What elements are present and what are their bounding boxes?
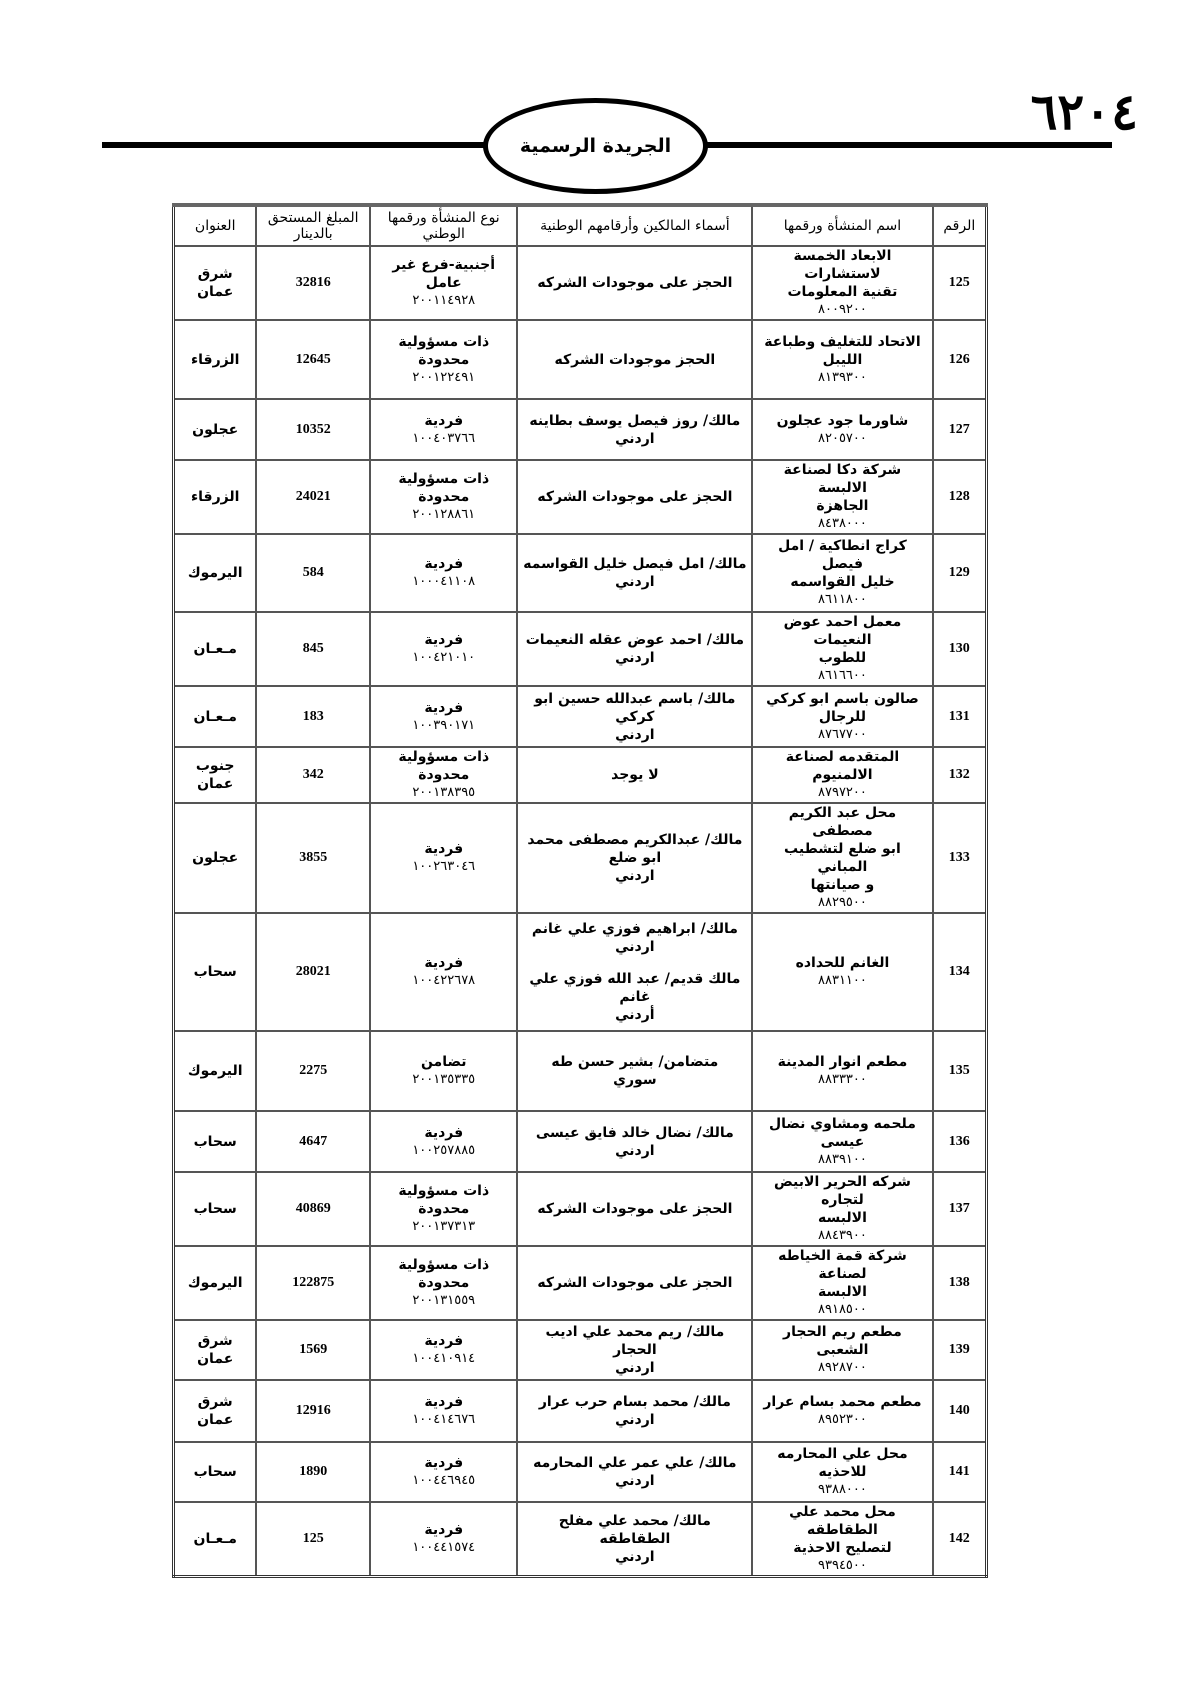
type-national-id: ١٠٠٠٤١١٠٨ (375, 573, 512, 591)
owners-cell: مالك/ باسم عبدالله حسين ابو كركياردني (517, 686, 752, 747)
establishment-name-cell: شاورما جود عجلون٨٢٠٥٧٠٠ (752, 399, 932, 460)
owner-line: مالك قديم/ عبد الله فوزي علي غانم (522, 970, 747, 1006)
row-number: 125 (933, 246, 987, 320)
table-header-row: الرقم اسم المنشأة ورقمها أسماء المالكين … (174, 205, 987, 246)
address-cell: عجلون (174, 803, 257, 913)
establishment-name-cell: مطعم انوار المدينة٨٨٣٣٣٠٠ (752, 1031, 932, 1111)
establishment-name: المتقدمه لصناعة الالمنيوم (757, 748, 927, 784)
owner-line: الحجز على موجودات الشركه (522, 1274, 747, 1292)
owner-line: الحجز على موجودات الشركه (522, 274, 747, 292)
row-number: 138 (933, 1246, 987, 1320)
address-cell: مـعـان (174, 686, 257, 747)
type-cell: فردية١٠٠٢٥٧٨٨٥ (370, 1111, 517, 1172)
row-number: 131 (933, 686, 987, 747)
amount-due: 3855 (256, 803, 370, 913)
address-line: عجلون (179, 849, 251, 867)
type-national-id: ١٠٠٤٢١٠١٠ (375, 649, 512, 667)
col-header-number: الرقم (933, 205, 987, 246)
amount-due: 2275 (256, 1031, 370, 1111)
address-line: عمان (179, 283, 251, 301)
establishment-id: ٨٨٣٩١٠٠ (757, 1151, 927, 1169)
col-header-amount: المبلغ المستحق بالدينار (256, 205, 370, 246)
type-national-id: ٢٠٠١٣٨٣٩٥ (375, 784, 512, 802)
address-cell: مـعـان (174, 612, 257, 686)
owner-line: سوري (522, 1071, 747, 1089)
establishment-name-cell: المتقدمه لصناعة الالمنيوم٨٧٩٧٢٠٠ (752, 747, 932, 803)
owner-line: اردني (522, 1142, 747, 1160)
establishment-type: ذات مسؤولية محدودة (375, 333, 512, 369)
establishment-type: فردية (375, 1393, 512, 1411)
establishment-name: شركه الحرير الابيض لتجاره (757, 1173, 927, 1209)
row-number: 137 (933, 1172, 987, 1246)
type-cell: فردية١٠٠٤١٤٦٧٦ (370, 1380, 517, 1442)
address-line: الزرقاء (179, 488, 251, 506)
establishment-name-cell: شركة قمة الخياطه لصناعةالالبسة٨٩١٨٥٠٠ (752, 1246, 932, 1320)
owner-line: أردني (522, 1006, 747, 1024)
spacer (522, 956, 747, 970)
establishment-type: فردية (375, 555, 512, 573)
type-cell: فردية١٠٠٣٩٠١٧١ (370, 686, 517, 747)
establishment-id: ٩٣٩٤٥٠٠ (757, 1557, 927, 1575)
amount-due: 1890 (256, 1442, 370, 1502)
owners-cell: الحجز على موجودات الشركه (517, 1246, 752, 1320)
table-row: 136ملحمه ومشاوي نضال عيسى٨٨٣٩١٠٠مالك/ نض… (174, 1111, 987, 1172)
type-cell: ذات مسؤولية محدودة٢٠٠١٣١٥٥٩ (370, 1246, 517, 1320)
owners-cell: الحجز موجودات الشركه (517, 320, 752, 399)
amount-due: 4647 (256, 1111, 370, 1172)
owner-line: مالك/ احمد عوض عقله النعيمات (522, 631, 747, 649)
amount-due: 32816 (256, 246, 370, 320)
type-cell: أجنبية-فرع غير عامل٢٠٠١١٤٩٢٨ (370, 246, 517, 320)
type-national-id: ٢٠٠١٢٨٨٦١ (375, 506, 512, 524)
owners-cell: متضامن/ بشير حسن طهسوري (517, 1031, 752, 1111)
establishment-name-cell: صالون باسم ابو كركي للرجال٨٧٦٧٧٠٠ (752, 686, 932, 747)
gazette-title: الجريدة الرسمية (520, 135, 671, 157)
address-line: مـعـان (179, 640, 251, 658)
establishment-name-cell: الغانم للحداده٨٨٣١١٠٠ (752, 913, 932, 1031)
address-line: اليرموك (179, 564, 251, 582)
type-cell: فردية١٠٠٤٤٦٩٤٥ (370, 1442, 517, 1502)
row-number: 139 (933, 1320, 987, 1380)
amount-due: 10352 (256, 399, 370, 460)
amount-due: 12645 (256, 320, 370, 399)
page-number: ٦٢٠٤ (1031, 82, 1138, 141)
type-national-id: ١٠٠٢٦٣٠٤٦ (375, 858, 512, 876)
gazette-title-oval: الجريدة الرسمية (483, 98, 708, 194)
row-number: 141 (933, 1442, 987, 1502)
establishment-id: ٨٨٣١١٠٠ (757, 972, 927, 990)
col-header-address: العنوان (174, 205, 257, 246)
owners-cell: مالك/ علي عمر علي المحارمهاردني (517, 1442, 752, 1502)
establishment-name-cell: محل علي المحارمه للاحذيه٩٣٨٨٠٠٠ (752, 1442, 932, 1502)
row-number: 132 (933, 747, 987, 803)
establishment-type: فردية (375, 699, 512, 717)
establishment-name-cell: شركه الحرير الابيض لتجارهالالبسه٨٨٤٣٩٠٠ (752, 1172, 932, 1246)
type-national-id: ٢٠٠١٢٢٤٩١ (375, 369, 512, 387)
owners-cell: مالك/ عبدالكريم مصطفى محمد ابو ضلعاردني (517, 803, 752, 913)
establishment-id: ٩٣٨٨٠٠٠ (757, 1481, 927, 1499)
establishment-name: كراج انطاكية / امل فيصل (757, 537, 927, 573)
owner-line: اردني (522, 867, 747, 885)
address-line: شرق (179, 1393, 251, 1411)
table-row: 130معمل احمد عوض النعيماتللطوب٨٦١٦٦٠٠مال… (174, 612, 987, 686)
establishment-id: ٨١٣٩٣٠٠ (757, 369, 927, 387)
owners-cell: لا يوجد (517, 747, 752, 803)
establishment-type: فردية (375, 1332, 512, 1350)
table-row: 139مطعم ريم الحجار الشعبى٨٩٢٨٧٠٠مالك/ ري… (174, 1320, 987, 1380)
address-line: سحاب (179, 1463, 251, 1481)
type-national-id: ١٠٠٤٤١٥٧٤ (375, 1539, 512, 1557)
establishment-id: ٨٦١١٨٠٠ (757, 591, 927, 609)
owner-line: لا يوجد (522, 766, 747, 784)
table-row: 126الاتحاد للتغليف وطباعة الليبل٨١٣٩٣٠٠ا… (174, 320, 987, 399)
row-number: 127 (933, 399, 987, 460)
owner-line: الحجز موجودات الشركه (522, 351, 747, 369)
owner-line: متضامن/ بشير حسن طه (522, 1053, 747, 1071)
owner-line: مالك/ محمد بسام حرب عرار (522, 1393, 747, 1411)
table-row: 132المتقدمه لصناعة الالمنيوم٨٧٩٧٢٠٠لا يو… (174, 747, 987, 803)
amount-due: 584 (256, 534, 370, 612)
address-line: مـعـان (179, 1530, 251, 1548)
row-number: 136 (933, 1111, 987, 1172)
amount-due: 1569 (256, 1320, 370, 1380)
amount-due: 845 (256, 612, 370, 686)
establishment-id: ٨٨٤٣٩٠٠ (757, 1227, 927, 1245)
amount-due: 183 (256, 686, 370, 747)
owner-line: اردني (522, 573, 747, 591)
owner-line: اردني (522, 1359, 747, 1377)
address-line: الزرقاء (179, 351, 251, 369)
table-body: 125الابعاد الخمسة لاستشاراتتقنية المعلوم… (174, 246, 987, 1577)
address-line: سحاب (179, 1200, 251, 1218)
address-line: عمان (179, 1411, 251, 1429)
row-number: 140 (933, 1380, 987, 1442)
establishment-name-cell: الابعاد الخمسة لاستشاراتتقنية المعلومات٨… (752, 246, 932, 320)
address-cell: اليرموك (174, 1246, 257, 1320)
type-cell: تضامن٢٠٠١٣٥٣٣٥ (370, 1031, 517, 1111)
row-number: 142 (933, 1502, 987, 1577)
type-national-id: ١٠٠٤٤٦٩٤٥ (375, 1472, 512, 1490)
establishment-id: ٨٩٢٨٧٠٠ (757, 1359, 927, 1377)
owner-line: مالك/ نضال خالد فايق عيسى (522, 1124, 747, 1142)
table-row: 131صالون باسم ابو كركي للرجال٨٧٦٧٧٠٠مالك… (174, 686, 987, 747)
col-header-name: اسم المنشأة ورقمها (752, 205, 932, 246)
owners-cell: مالك/ محمد علي مفلح الطقاطقهاردني (517, 1502, 752, 1577)
type-cell: ذات مسؤولية محدودة٢٠٠١٢٨٨٦١ (370, 460, 517, 534)
table-row: 141محل علي المحارمه للاحذيه٩٣٨٨٠٠٠مالك/ … (174, 1442, 987, 1502)
type-cell: فردية١٠٠٤٠٣٧٦٦ (370, 399, 517, 460)
address-cell: الزرقاء (174, 460, 257, 534)
type-national-id: ١٠٠٤٠٣٧٦٦ (375, 430, 512, 448)
amount-due: 122875 (256, 1246, 370, 1320)
establishment-name: مطعم انوار المدينة (757, 1053, 927, 1071)
table-row: 127شاورما جود عجلون٨٢٠٥٧٠٠مالك/ روز فيصل… (174, 399, 987, 460)
type-national-id: ١٠٠٢٥٧٨٨٥ (375, 1142, 512, 1160)
establishment-name: الالبسة (757, 1283, 927, 1301)
owner-line: اردني (522, 649, 747, 667)
establishment-name-cell: الاتحاد للتغليف وطباعة الليبل٨١٣٩٣٠٠ (752, 320, 932, 399)
type-cell: فردية١٠٠٤١٠٩١٤ (370, 1320, 517, 1380)
table-row: 140مطعم محمد بسام عرار٨٩٥٢٣٠٠مالك/ محمد … (174, 1380, 987, 1442)
row-number: 134 (933, 913, 987, 1031)
establishment-name-cell: معمل احمد عوض النعيماتللطوب٨٦١٦٦٠٠ (752, 612, 932, 686)
amount-due: 342 (256, 747, 370, 803)
amount-due: 40869 (256, 1172, 370, 1246)
table-row: 135مطعم انوار المدينة٨٨٣٣٣٠٠متضامن/ بشير… (174, 1031, 987, 1111)
owner-line: اردني (522, 1548, 747, 1566)
establishment-name: لتصليح الاحذية (757, 1539, 927, 1557)
table-row: 137شركه الحرير الابيض لتجارهالالبسه٨٨٤٣٩… (174, 1172, 987, 1246)
establishment-id: ٨٧٩٧٢٠٠ (757, 784, 927, 802)
col-header-owners: أسماء المالكين وأرقامهم الوطنية (517, 205, 752, 246)
type-national-id: ١٠٠٤١٤٦٧٦ (375, 1411, 512, 1429)
row-number: 126 (933, 320, 987, 399)
establishment-name: مطعم محمد بسام عرار (757, 1393, 927, 1411)
establishment-name: شركة دكا لصناعة الالبسة (757, 461, 927, 497)
establishment-name-cell: شركة دكا لصناعة الالبسةالجاهزة٨٤٣٨٠٠٠ (752, 460, 932, 534)
type-cell: فردية١٠٠٠٤١١٠٨ (370, 534, 517, 612)
table-row: 133محل عبد الكريم مصطفىابو ضلع لتشطيب ال… (174, 803, 987, 913)
establishment-name-cell: مطعم محمد بسام عرار٨٩٥٢٣٠٠ (752, 1380, 932, 1442)
owners-cell: مالك/ ريم محمد علي اديب الحجاراردني (517, 1320, 752, 1380)
establishment-type: فردية (375, 631, 512, 649)
address-cell: عجلون (174, 399, 257, 460)
table-row: 129كراج انطاكية / امل فيصلخليل القواسمه٨… (174, 534, 987, 612)
address-line: اليرموك (179, 1062, 251, 1080)
establishment-id: ٨٩٥٢٣٠٠ (757, 1411, 927, 1429)
establishment-type: ذات مسؤولية محدودة (375, 748, 512, 784)
establishment-name-cell: كراج انطاكية / امل فيصلخليل القواسمه٨٦١١… (752, 534, 932, 612)
owner-line: مالك/ علي عمر علي المحارمه (522, 1454, 747, 1472)
type-cell: ذات مسؤولية محدودة٢٠٠١٢٢٤٩١ (370, 320, 517, 399)
establishment-name: الاتحاد للتغليف وطباعة الليبل (757, 333, 927, 369)
establishment-type: فردية (375, 412, 512, 430)
address-cell: سحاب (174, 1111, 257, 1172)
establishment-name: صالون باسم ابو كركي للرجال (757, 690, 927, 726)
amount-due: 125 (256, 1502, 370, 1577)
establishment-name: معمل احمد عوض النعيمات (757, 613, 927, 649)
establishment-type: ذات مسؤولية محدودة (375, 470, 512, 506)
address-cell: سحاب (174, 1172, 257, 1246)
establishment-id: ٨٩١٨٥٠٠ (757, 1301, 927, 1319)
establishments-table: الرقم اسم المنشأة ورقمها أسماء المالكين … (172, 203, 988, 1578)
table-row: 142محل محمد علي الطقاطقهلتصليح الاحذية٩٣… (174, 1502, 987, 1577)
owners-cell: مالك/ روز فيصل يوسف بطاينهاردني (517, 399, 752, 460)
type-cell: فردية١٠٠٢٦٣٠٤٦ (370, 803, 517, 913)
type-national-id: ٢٠٠١٣١٥٥٩ (375, 1292, 512, 1310)
owner-line: مالك/ امل فيصل خليل القواسمه (522, 555, 747, 573)
owners-cell: الحجز على موجودات الشركه (517, 460, 752, 534)
table-row: 138شركة قمة الخياطه لصناعةالالبسة٨٩١٨٥٠٠… (174, 1246, 987, 1320)
establishment-id: ٨٤٣٨٠٠٠ (757, 515, 927, 533)
owner-line: اردني (522, 1472, 747, 1490)
address-cell: اليرموك (174, 534, 257, 612)
address-cell: الزرقاء (174, 320, 257, 399)
address-cell: مـعـان (174, 1502, 257, 1577)
address-line: جنوب (179, 757, 251, 775)
owner-line: مالك/ روز فيصل يوسف بطاينه (522, 412, 747, 430)
establishment-name: الابعاد الخمسة لاستشارات (757, 247, 927, 283)
establishment-name: الجاهزة (757, 497, 927, 515)
address-cell: سحاب (174, 1442, 257, 1502)
address-line: شرق (179, 1332, 251, 1350)
establishment-type: ذات مسؤولية محدودة (375, 1256, 512, 1292)
row-number: 128 (933, 460, 987, 534)
type-national-id: ٢٠٠١٣٧٣١٣ (375, 1218, 512, 1236)
address-cell: شرقعمان (174, 1320, 257, 1380)
establishment-type: فردية (375, 954, 512, 972)
establishment-id: ٨٧٦٧٧٠٠ (757, 726, 927, 744)
establishment-name-cell: مطعم ريم الحجار الشعبى٨٩٢٨٧٠٠ (752, 1320, 932, 1380)
establishment-type: فردية (375, 1124, 512, 1142)
owner-line: اردني (522, 430, 747, 448)
type-cell: فردية١٠٠٤٢١٠١٠ (370, 612, 517, 686)
col-header-type: نوع المنشأة ورقمها الوطني (370, 205, 517, 246)
address-cell: سحاب (174, 913, 257, 1031)
type-national-id: ١٠٠٤١٠٩١٤ (375, 1350, 512, 1368)
table-row: 125الابعاد الخمسة لاستشاراتتقنية المعلوم… (174, 246, 987, 320)
type-national-id: ١٠٠٣٩٠١٧١ (375, 717, 512, 735)
address-line: سحاب (179, 1133, 251, 1151)
owners-cell: الحجز على موجودات الشركه (517, 1172, 752, 1246)
establishment-name: و صيانتها (757, 876, 927, 894)
address-line: عمان (179, 775, 251, 793)
establishment-name: الغانم للحداده (757, 954, 927, 972)
type-national-id: ١٠٠٤٢٢٦٧٨ (375, 972, 512, 990)
establishment-name: شاورما جود عجلون (757, 412, 927, 430)
address-cell: اليرموك (174, 1031, 257, 1111)
amount-due: 12916 (256, 1380, 370, 1442)
establishment-name: شركة قمة الخياطه لصناعة (757, 1247, 927, 1283)
establishment-type: تضامن (375, 1053, 512, 1071)
establishment-name: محل محمد علي الطقاطقه (757, 1503, 927, 1539)
row-number: 130 (933, 612, 987, 686)
amount-due: 28021 (256, 913, 370, 1031)
type-cell: فردية١٠٠٤٤١٥٧٤ (370, 1502, 517, 1577)
establishment-type: ذات مسؤولية محدودة (375, 1182, 512, 1218)
establishment-id: ٨٨٣٣٣٠٠ (757, 1071, 927, 1089)
address-line: سحاب (179, 963, 251, 981)
establishment-id: ٨٨٢٩٥٠٠ (757, 894, 927, 912)
establishment-name: للطوب (757, 649, 927, 667)
establishment-name-cell: محل عبد الكريم مصطفىابو ضلع لتشطيب المبا… (752, 803, 932, 913)
owner-line: مالك/ ريم محمد علي اديب الحجار (522, 1323, 747, 1359)
address-line: مـعـان (179, 708, 251, 726)
owner-line: مالك/ ابراهيم فوزي علي غانم (522, 920, 747, 938)
establishment-id: ٨٠٠٩٢٠٠ (757, 301, 927, 319)
type-cell: ذات مسؤولية محدودة٢٠٠١٣٨٣٩٥ (370, 747, 517, 803)
establishment-name: ملحمه ومشاوي نضال عيسى (757, 1115, 927, 1151)
address-line: اليرموك (179, 1274, 251, 1292)
owners-cell: الحجز على موجودات الشركه (517, 246, 752, 320)
owner-line: الحجز على موجودات الشركه (522, 1200, 747, 1218)
owner-line: اردني (522, 938, 747, 956)
address-line: شرق (179, 265, 251, 283)
owners-cell: مالك/ ابراهيم فوزي علي غانماردنيمالك قدي… (517, 913, 752, 1031)
address-cell: شرقعمان (174, 1380, 257, 1442)
establishment-name: محل عبد الكريم مصطفى (757, 804, 927, 840)
owner-line: مالك/ باسم عبدالله حسين ابو كركي (522, 690, 747, 726)
establishment-name: الالبسه (757, 1209, 927, 1227)
owner-line: مالك/ عبدالكريم مصطفى محمد ابو ضلع (522, 831, 747, 867)
address-cell: جنوبعمان (174, 747, 257, 803)
establishment-id: ٨٢٠٥٧٠٠ (757, 430, 927, 448)
type-cell: ذات مسؤولية محدودة٢٠٠١٣٧٣١٣ (370, 1172, 517, 1246)
establishment-name: مطعم ريم الحجار الشعبى (757, 1323, 927, 1359)
row-number: 135 (933, 1031, 987, 1111)
owners-cell: مالك/ محمد بسام حرب عراراردني (517, 1380, 752, 1442)
amount-due: 24021 (256, 460, 370, 534)
owners-cell: مالك/ نضال خالد فايق عيسىاردني (517, 1111, 752, 1172)
establishment-name: ابو ضلع لتشطيب المباني (757, 840, 927, 876)
owner-line: اردني (522, 1411, 747, 1429)
address-cell: شرقعمان (174, 246, 257, 320)
establishment-name: خليل القواسمه (757, 573, 927, 591)
establishment-type: فردية (375, 840, 512, 858)
type-national-id: ٢٠٠١٣٥٣٣٥ (375, 1071, 512, 1089)
establishment-name: محل علي المحارمه للاحذيه (757, 1445, 927, 1481)
owners-cell: مالك/ امل فيصل خليل القواسمهاردني (517, 534, 752, 612)
establishment-name-cell: ملحمه ومشاوي نضال عيسى٨٨٣٩١٠٠ (752, 1111, 932, 1172)
establishment-type: فردية (375, 1454, 512, 1472)
establishment-type: فردية (375, 1521, 512, 1539)
table-row: 128شركة دكا لصناعة الالبسةالجاهزة٨٤٣٨٠٠٠… (174, 460, 987, 534)
owner-line: اردني (522, 726, 747, 744)
row-number: 133 (933, 803, 987, 913)
establishment-type: أجنبية-فرع غير عامل (375, 256, 512, 292)
type-cell: فردية١٠٠٤٢٢٦٧٨ (370, 913, 517, 1031)
owner-line: مالك/ محمد علي مفلح الطقاطقه (522, 1512, 747, 1548)
type-national-id: ٢٠٠١١٤٩٢٨ (375, 292, 512, 310)
table-row: 134الغانم للحداده٨٨٣١١٠٠مالك/ ابراهيم فو… (174, 913, 987, 1031)
address-line: عمان (179, 1350, 251, 1368)
owners-cell: مالك/ احمد عوض عقله النعيماتاردني (517, 612, 752, 686)
establishment-id: ٨٦١٦٦٠٠ (757, 667, 927, 685)
row-number: 129 (933, 534, 987, 612)
address-line: عجلون (179, 421, 251, 439)
establishment-name-cell: محل محمد علي الطقاطقهلتصليح الاحذية٩٣٩٤٥… (752, 1502, 932, 1577)
owner-line: الحجز على موجودات الشركه (522, 488, 747, 506)
establishment-name: تقنية المعلومات (757, 283, 927, 301)
